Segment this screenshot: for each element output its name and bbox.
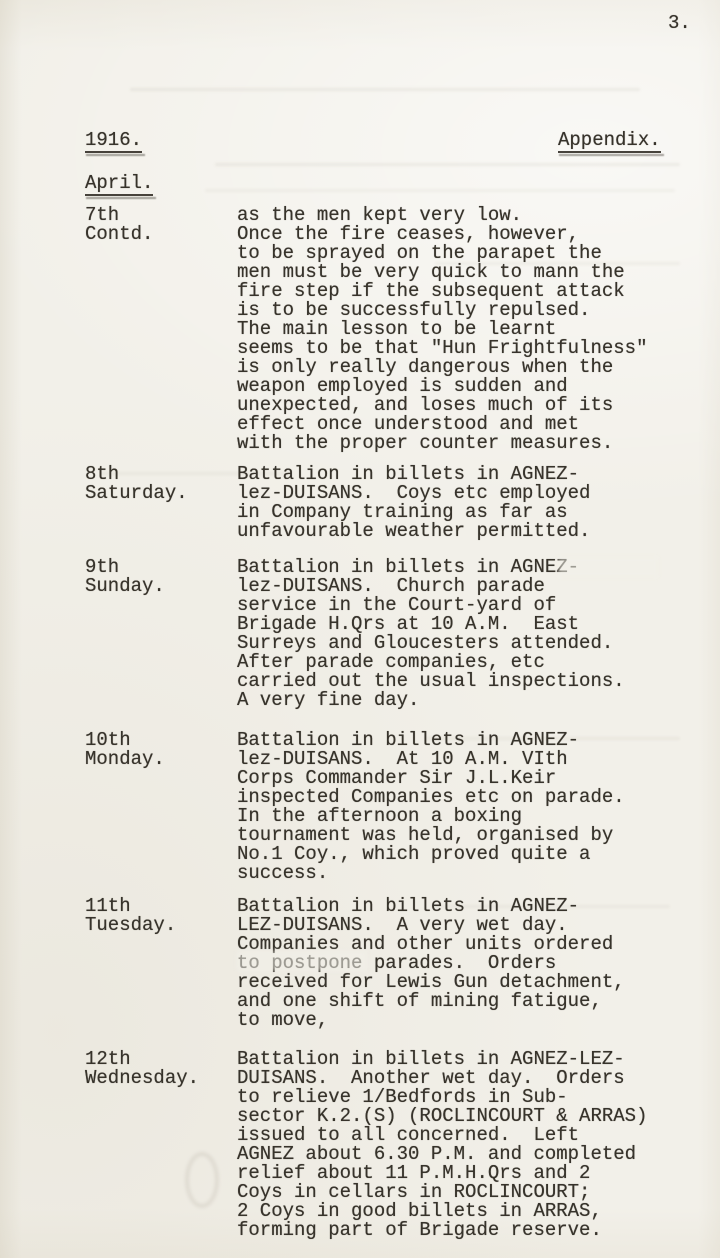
entry-body-line: unfavourable weather permitted.	[237, 522, 700, 541]
document-page: 3. 1916. Appendix. April. 7thContd. as t…	[0, 0, 720, 1258]
entry-body-line: with the proper counter measures.	[237, 434, 700, 453]
entry-date-line: Contd.	[85, 225, 237, 244]
entry-date-line: Monday.	[85, 750, 237, 769]
scan-ghost-streak	[205, 189, 675, 192]
entry-date-column: 7thContd.	[85, 206, 237, 244]
diary-entry: 11thTuesday. Battalion in billets in AGN…	[85, 897, 700, 1030]
diary-entry: 8thSaturday. Battalion in billets in AGN…	[85, 465, 700, 541]
scan-ghost-streak	[215, 163, 680, 166]
entry-date-line: Tuesday.	[85, 916, 237, 935]
appendix-heading: Appendix.	[558, 131, 661, 153]
entry-date-line: Wednesday.	[85, 1069, 237, 1088]
entry-date-column: 8thSaturday.	[85, 465, 237, 503]
entry-date-column: 11thTuesday.	[85, 897, 237, 935]
diary-entry: 10thMonday. Battalion in billets in AGNE…	[85, 731, 700, 883]
entry-body-column: as the men kept very low.Once the fire c…	[237, 206, 700, 453]
page-number: 3.	[668, 14, 691, 33]
entry-body-line: to move,	[237, 1011, 700, 1030]
scan-ghost-streak	[130, 88, 640, 91]
entry-body-line: success.	[237, 864, 700, 883]
entry-date-line: Sunday.	[85, 577, 237, 596]
diary-entry: 7thContd. as the men kept very low.Once …	[85, 206, 700, 453]
year-heading: 1916.	[85, 131, 142, 153]
diary-entry: 9thSunday. Battalion in billets in AGNEZ…	[85, 558, 700, 710]
entry-date-line: Saturday.	[85, 484, 237, 503]
month-heading: April.	[85, 174, 153, 196]
entry-body-line: A very fine day.	[237, 691, 700, 710]
entry-body-column: Battalion in billets in AGNEZ-LEZ-DUISAN…	[237, 897, 700, 1030]
diary-entries: 7thContd. as the men kept very low.Once …	[85, 206, 700, 1240]
diary-entry: 12thWednesday. Battalion in billets in A…	[85, 1050, 700, 1240]
entry-date-column: 9thSunday.	[85, 558, 237, 596]
entry-body-column: Battalion in billets in AGNEZ-lez-DUISAN…	[237, 465, 700, 541]
entry-body-column: Battalion in billets in AGNEZ-LEZ-DUISAN…	[237, 1050, 700, 1240]
entry-body-column: Battalion in billets in AGNEZ-lez-DUISAN…	[237, 731, 700, 883]
entry-date-column: 10thMonday.	[85, 731, 237, 769]
scanned-diary-page: { "colors": { "paper": "#f2f0e9", "ink":…	[0, 0, 720, 1258]
entry-date-column: 12thWednesday.	[85, 1050, 237, 1088]
entry-body-line: forming part of Brigade reserve.	[237, 1221, 700, 1240]
entry-body-column: Battalion in billets in AGNEZ-lez-DUISAN…	[237, 558, 700, 710]
